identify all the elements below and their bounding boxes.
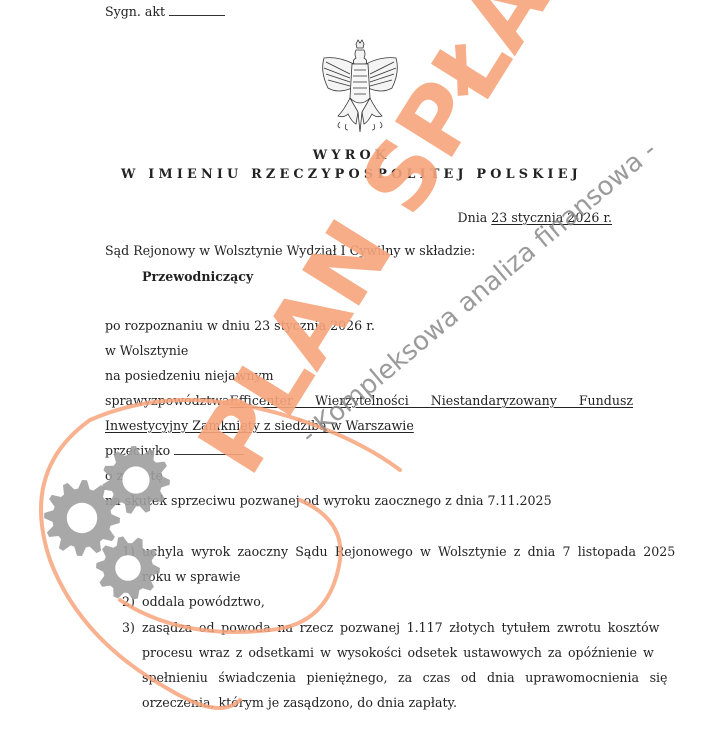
polish-eagle-emblem-icon: [318, 38, 402, 134]
plaintiff-line1: Efficenter Wierzytelności Niestandaryzow…: [230, 393, 633, 408]
case-signature: Sygn. akt: [105, 4, 225, 19]
ruling-3-line-3: spełnieniu świadczenia pieniężnego, za c…: [142, 670, 668, 685]
heard-on: po rozpoznaniu w dniu 23 stycznia 2026 r…: [105, 318, 375, 333]
plaintiff-line2: Inwestycyjny Zamknięty z siedzibą w Wars…: [105, 418, 414, 433]
date-value: 23 stycznia 2026 r.: [491, 210, 612, 225]
ruling-1-line-1: uchyla wyrok zaoczny Sądu Rejonowego w W…: [142, 544, 675, 559]
ruling-3-line-1: zasądza od powoda na rzecz pozwanej 1.11…: [142, 620, 659, 635]
chair-label: Przewodniczący: [142, 269, 253, 284]
ruling-1-line-2: roku w sprawie: [142, 569, 240, 584]
place: w Wolsztynie: [105, 343, 188, 358]
verdict-title: WYROK: [0, 148, 703, 163]
verdict-date: Dnia 23 stycznia 2026 r.: [458, 210, 612, 225]
against-label: przeciwko: [105, 443, 170, 458]
signature-blank: [169, 14, 225, 16]
ruling-3-number: 3): [122, 620, 135, 635]
date-prefix: Dnia: [458, 210, 488, 225]
ruling-3-line-4: orzeczenia, którym je zasądzono, do dnia…: [142, 695, 457, 710]
court-composition: Sąd Rejonowy w Wolsztynie Wydział I Cywi…: [105, 243, 475, 258]
verdict-subtitle: W IMIENIU RZECZYPOSPOLITEJ POLSKIEJ: [0, 167, 703, 182]
session-type: na posiedzeniu niejawnym: [105, 368, 274, 383]
ruling-3-line-2: procesu wraz z odsetkami w wysokości ods…: [142, 645, 654, 660]
ruling-2-number: 2): [122, 594, 135, 609]
subject: o zapłatę: [105, 468, 163, 483]
claim-prefix-w3: powództwa: [158, 393, 230, 408]
against-line: przeciwko: [105, 443, 244, 458]
document-page: Sygn. akt WYROK W IMIENIU RZECZYPOSPOLIT…: [0, 0, 703, 730]
defendant-blank: [174, 453, 244, 455]
claim-prefix-w1: sprawy: [105, 393, 151, 408]
ruling-1-number: 1): [122, 544, 135, 559]
claim-prefix-w2: z: [151, 393, 158, 408]
ruling-2-line-1: oddala powództwo,: [142, 594, 265, 609]
claim-line: sprawy z powództwa Efficenter Wierzyteln…: [105, 393, 612, 408]
basis: na skutek sprzeciwu pozwanej od wyroku z…: [105, 493, 552, 508]
signature-label: Sygn. akt: [105, 4, 165, 19]
